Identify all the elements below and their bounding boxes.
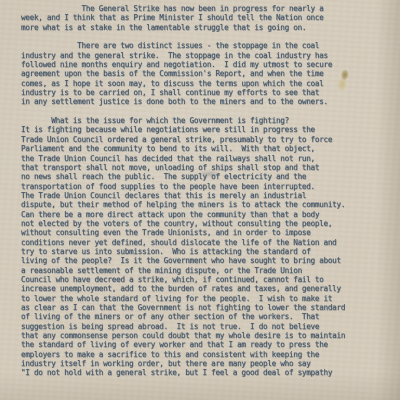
text-line: no news shall reach the public. The supp… xyxy=(21,172,394,181)
text-line: dispute, but their method of helping the… xyxy=(21,200,394,209)
text-line: "I do not hold with a general strike, bu… xyxy=(21,368,394,377)
text-line: It is fighting because while negotiation… xyxy=(21,125,394,134)
text-line: to lower the whole standard of living fo… xyxy=(21,294,394,303)
text-line: comes, as I hope it soon may, to discuss… xyxy=(21,79,394,88)
text-line: as clear as I can that the Government is… xyxy=(21,303,394,312)
text-line: the Trade Union Council has decided that… xyxy=(21,154,394,163)
text-line: followed nine months enquiry and negotia… xyxy=(21,60,394,69)
text-line: industry and the general strike. The sto… xyxy=(21,51,394,60)
text-line: without consulting even the Trade Unioni… xyxy=(21,228,394,237)
text-line: There are two distinct issues - the stop… xyxy=(21,41,394,50)
text-line: more what is at stake in the lamentable … xyxy=(21,23,394,32)
text-line: What is the issue for which the Governme… xyxy=(21,116,394,125)
scanned-document-page: The General Strike has now been in progr… xyxy=(0,0,400,400)
text-line: of living of the miners or of any other … xyxy=(21,312,394,321)
text-line: Can there be a more direct attack upon t… xyxy=(21,210,394,219)
text-line: industry itself in working order, but th… xyxy=(21,359,394,368)
text-line: that any commonsense person could doubt … xyxy=(21,331,394,340)
text-line: a reasonable settlement of the mining di… xyxy=(21,266,394,275)
text-line: The General Strike has now been in progr… xyxy=(21,4,394,13)
text-line: Parliament and the community to bend to … xyxy=(21,144,394,153)
text-line: The Trade Union Council declares that th… xyxy=(21,191,394,200)
text-line: employers to make a sacrifice to this an… xyxy=(21,350,394,359)
text-line: suggestion is being spread abroad. It is… xyxy=(21,322,394,331)
text-line: agreement upon the basis of the Commissi… xyxy=(21,69,394,78)
text-line: industry is to be carried on, I shall co… xyxy=(21,88,394,97)
text-line: in any settlement justice is done both t… xyxy=(21,97,394,106)
text-line: Council who have decreed a strike, which… xyxy=(21,275,394,284)
text-line: transportation of food supplies to the p… xyxy=(21,182,394,191)
text-line: try to starve us into submission. Who is… xyxy=(21,247,394,256)
paragraph-gap xyxy=(21,107,394,116)
typed-text: The General Strike has now been in progr… xyxy=(21,4,394,378)
text-line: increase unemployment, add to the burden… xyxy=(21,284,394,293)
text-line: Trade Union Council ordered a general st… xyxy=(21,135,394,144)
text-line: the standard of living of every worker a… xyxy=(21,340,394,349)
text-line: living of the people? Is it the Governme… xyxy=(21,256,394,265)
text-line: week, and I think that as Prime Minister… xyxy=(21,13,394,22)
text-line: not elected by the voters of the country… xyxy=(21,219,394,228)
text-line: that transport shall not move, unloading… xyxy=(21,163,394,172)
paragraph-gap xyxy=(21,32,394,41)
text-line: conditions never yet defined, should dis… xyxy=(21,238,394,247)
